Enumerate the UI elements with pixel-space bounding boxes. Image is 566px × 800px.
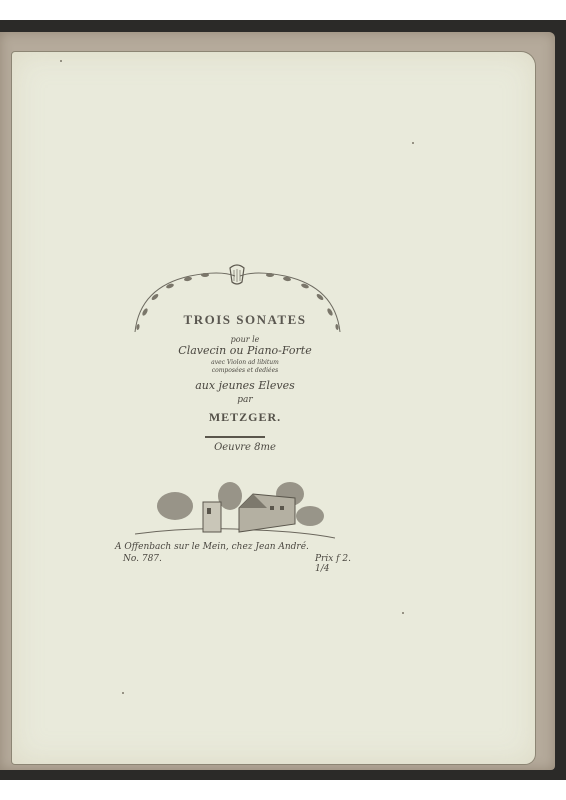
paper-speck (402, 612, 404, 614)
instrument-text: Clavecin ou Piano-Forte (125, 344, 365, 357)
opus-number: Oeuvre 8me (125, 442, 365, 453)
composer-name: METZGER. (125, 410, 365, 425)
par-text: par (125, 395, 365, 405)
divider-rule (205, 436, 265, 438)
laurel-wreath-icon (130, 262, 345, 342)
paper-speck (412, 142, 414, 144)
accompaniment-text: avec Violon ad libitum (125, 359, 365, 366)
paper-speck (122, 692, 124, 694)
recipients-text: aux jeunes Eleves (125, 379, 365, 392)
plate-number: No. 787. (123, 554, 162, 564)
paper-speck (60, 60, 62, 62)
engraved-title-plate: TROIS SONATES pour le Clavecin ou Piano-… (125, 262, 365, 582)
landscape-vignette-icon (135, 474, 335, 544)
dedication-text: composées et dediées (125, 367, 365, 374)
pour-le-text: pour le (125, 335, 365, 344)
publisher-imprint: A Offenbach sur le Mein, chez Jean André… (115, 542, 365, 552)
work-title: TROIS SONATES (125, 312, 365, 328)
price: Prix f 2. 1/4 (315, 554, 365, 574)
